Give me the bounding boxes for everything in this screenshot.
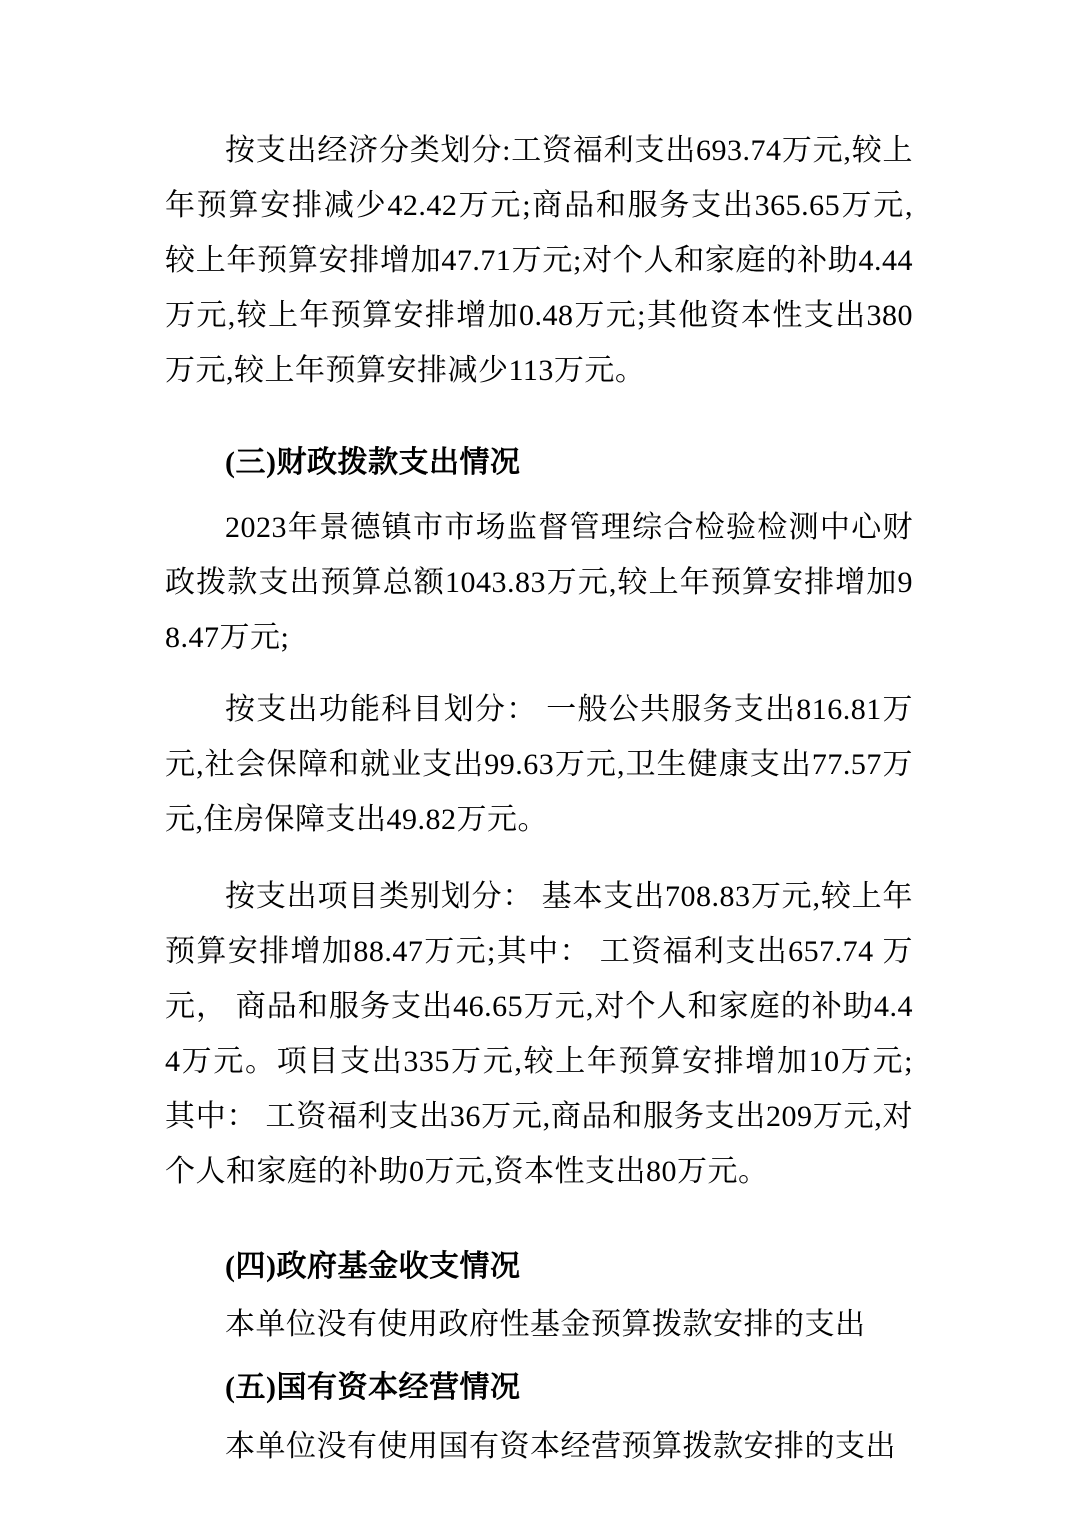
heading-section-5-state-owned-capital: (五)国有资本经营情况 [165, 1360, 913, 1415]
paragraph-expense-economic-classification: 按支出经济分类划分:工资福利支出693.74万元,较上年预算安排减少42.42万… [165, 123, 913, 398]
paragraph-fiscal-appropriation-total: 2023年景德镇市市场监督管理综合检验检测中心财政拨款支出预算总额1043.83… [165, 500, 913, 665]
document-content: 按支出经济分类划分:工资福利支出693.74万元,较上年预算安排减少42.42万… [165, 123, 913, 1474]
paragraph-state-owned-capital-statement: 本单位没有使用国有资本经营预算拨款安排的支出 [165, 1419, 913, 1474]
heading-section-3-fiscal-appropriation-expenditure: (三)财政拨款支出情况 [165, 435, 913, 490]
document-page: 按支出经济分类划分:工资福利支出693.74万元,较上年预算安排减少42.42万… [0, 0, 1074, 1520]
heading-section-4-government-fund: (四)政府基金收支情况 [165, 1239, 913, 1294]
paragraph-expense-project-classification: 按支出项目类别划分： 基本支出708.83万元,较上年预算安排增加88.47万元… [165, 869, 913, 1199]
paragraph-government-fund-statement: 本单位没有使用政府性基金预算拨款安排的支出 [165, 1297, 913, 1352]
paragraph-expense-function-classification: 按支出功能科目划分： 一般公共服务支出816.81万元,社会保障和就业支出99.… [165, 682, 913, 847]
